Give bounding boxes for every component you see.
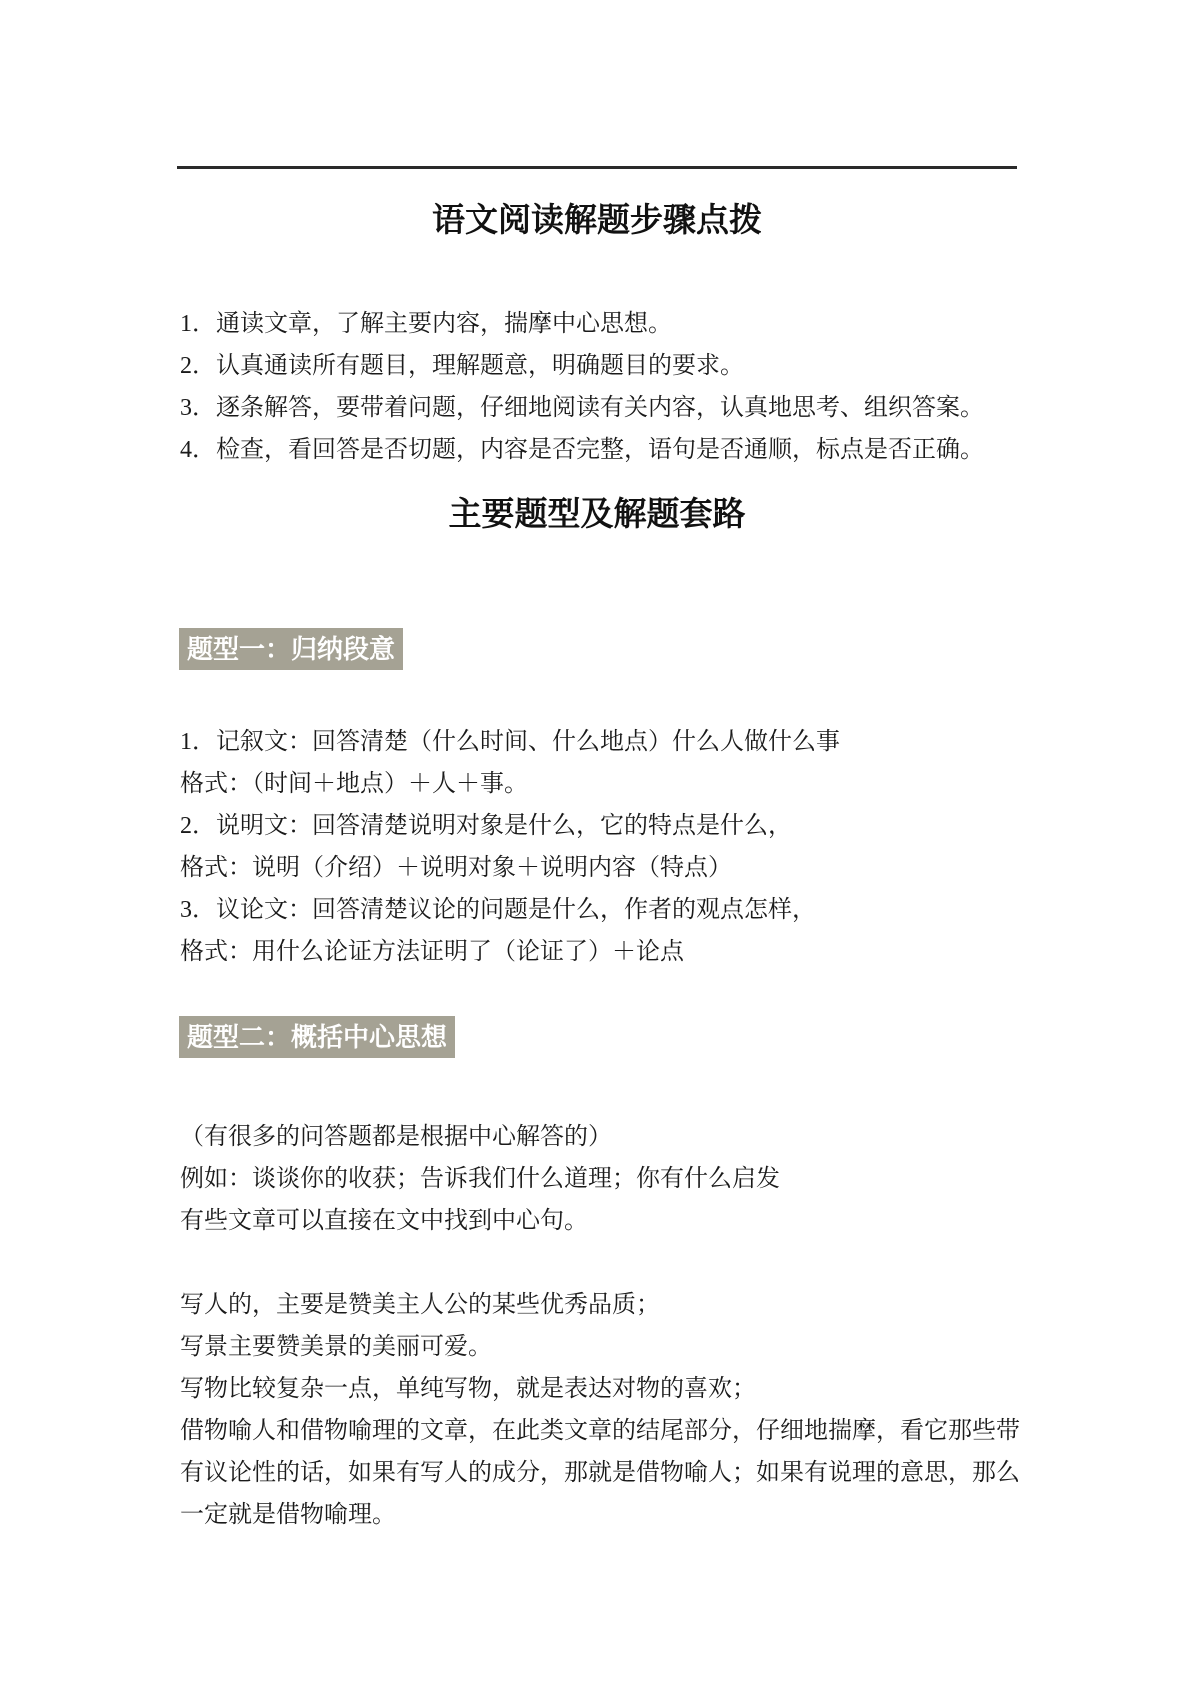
body-line: 写物比较复杂一点，单纯写物，就是表达对物的喜欢；	[180, 1368, 1060, 1410]
body-line: （有很多的问答题都是根据中心解答的）	[180, 1116, 1060, 1158]
body-line: 有些文章可以直接在文中找到中心句。	[180, 1200, 1060, 1242]
body-line: 一定就是借物喻理。	[180, 1494, 1060, 1536]
header-rule	[177, 166, 1017, 169]
document-page: 语文阅读解题步骤点拨 1．通读文章，了解主要内容，揣摩中心思想。 2．认真通读所…	[0, 0, 1191, 1684]
question-type-1-heading: 题型一：归纳段意	[179, 628, 403, 670]
body-line: 3．议论文：回答清楚议论的问题是什么，作者的观点怎样，	[180, 889, 1060, 931]
body-line: 例如：谈谈你的收获；告诉我们什么道理；你有什么启发	[180, 1158, 1060, 1200]
section-title: 主要题型及解题套路	[177, 492, 1017, 536]
body-line: 格式：（时间＋地点）＋人＋事。	[180, 763, 1060, 805]
body-line: 借物喻人和借物喻理的文章，在此类文章的结尾部分，仔细地揣摩，看它那些带	[180, 1410, 1060, 1452]
body-line: 2．说明文：回答清楚说明对象是什么，它的特点是什么，	[180, 805, 1060, 847]
question-type-2-heading: 题型二：概括中心思想	[179, 1016, 455, 1058]
body-line: 格式：用什么论证方法证明了（论证了）＋论点	[180, 931, 1060, 973]
document-title: 语文阅读解题步骤点拨	[177, 198, 1017, 242]
question-type-1-label: 题型一：归纳段意	[179, 628, 403, 670]
step-item: 1．通读文章，了解主要内容，揣摩中心思想。	[180, 303, 1040, 345]
body-line: 写景主要赞美景的美丽可爱。	[180, 1326, 1060, 1368]
section-2-body: （有很多的问答题都是根据中心解答的） 例如：谈谈你的收获；告诉我们什么道理；你有…	[180, 1116, 1060, 1536]
body-line: 格式：说明（介绍）＋说明对象＋说明内容（特点）	[180, 847, 1060, 889]
body-line: 写人的，主要是赞美主人公的某些优秀品质；	[180, 1284, 1060, 1326]
body-line: 1．记叙文：回答清楚（什么时间、什么地点）什么人做什么事	[180, 721, 1060, 763]
step-item: 3．逐条解答，要带着问题，仔细地阅读有关内容，认真地思考、组织答案。	[180, 387, 1040, 429]
step-item: 4．检查，看回答是否切题，内容是否完整，语句是否通顺，标点是否正确。	[180, 429, 1040, 471]
section-1-body: 1．记叙文：回答清楚（什么时间、什么地点）什么人做什么事 格式：（时间＋地点）＋…	[180, 721, 1060, 973]
body-line: 有议论性的话，如果有写人的成分，那就是借物喻人；如果有说理的意思，那么	[180, 1452, 1060, 1494]
question-type-2-label: 题型二：概括中心思想	[179, 1016, 455, 1058]
blank-line	[180, 1242, 1060, 1284]
steps-list: 1．通读文章，了解主要内容，揣摩中心思想。 2．认真通读所有题目，理解题意，明确…	[180, 303, 1040, 471]
step-item: 2．认真通读所有题目，理解题意，明确题目的要求。	[180, 345, 1040, 387]
